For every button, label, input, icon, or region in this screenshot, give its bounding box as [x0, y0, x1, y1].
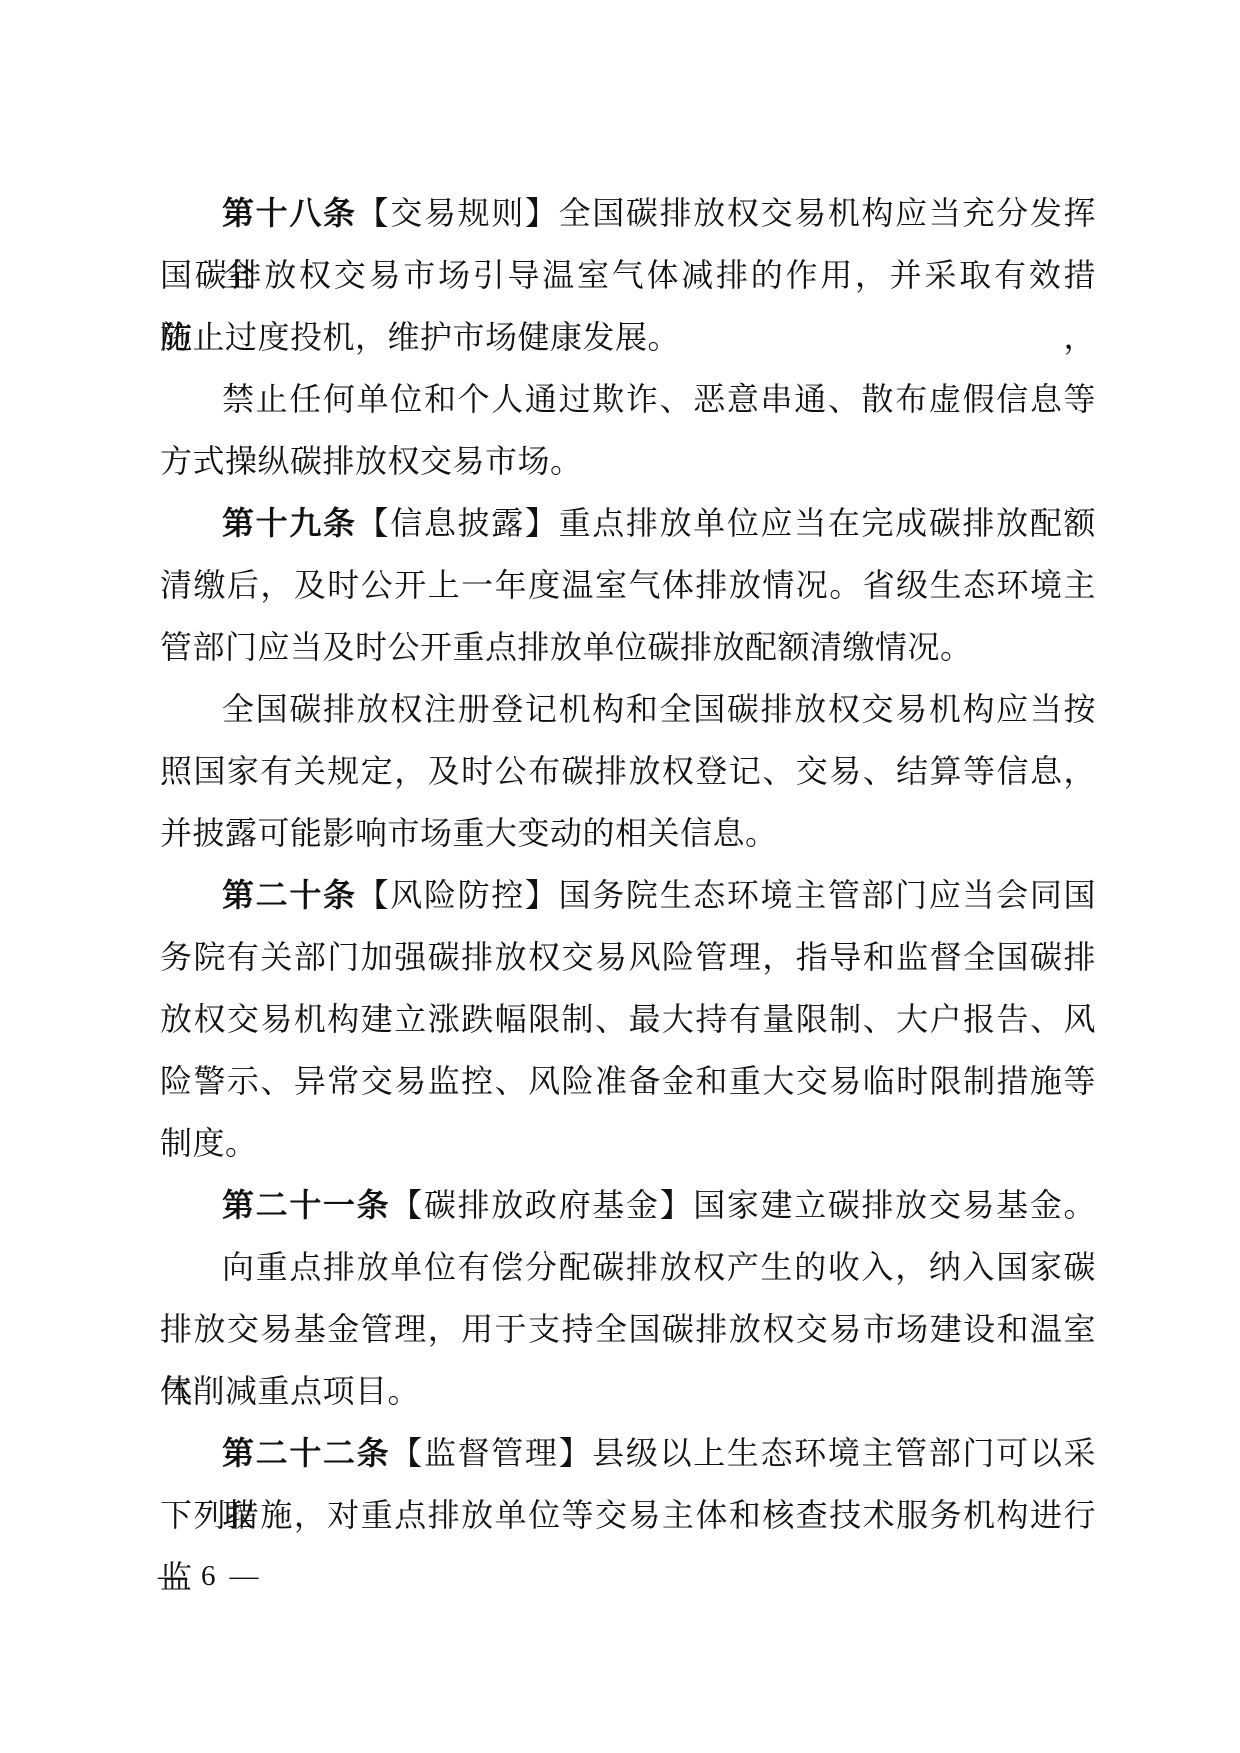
- text-run: 险警示、异常交易监控、风险准备金和重大交易临时限制措施等: [160, 1063, 1096, 1099]
- text-line: 方式操纵碳排放权交易市场。: [160, 430, 1096, 492]
- text-line: 清缴后，及时公开上一年度温室气体排放情况。省级生态环境主: [160, 554, 1096, 616]
- text-line: 禁止任何单位和个人通过欺诈、恶意串通、散布虚假信息等: [160, 368, 1096, 430]
- text-run: 制度。: [160, 1125, 258, 1161]
- text-run: 下列措施，对重点排放单位等交易主体和核查技术服务机构进行监: [160, 1497, 1096, 1595]
- text-run: 禁止任何单位和个人通过欺诈、恶意串通、散布虚假信息等: [222, 381, 1096, 417]
- text-line: 第二十二条【监督管理】县级以上生态环境主管部门可以采取: [160, 1422, 1096, 1484]
- text-line: 第二十一条【碳排放政府基金】国家建立碳排放交易基金。: [160, 1174, 1096, 1236]
- text-run: 放权交易机构建立涨跌幅限制、最大持有量限制、大户报告、风: [160, 1001, 1096, 1037]
- page-number: 6: [201, 1560, 216, 1593]
- text-run: 方式操纵碳排放权交易市场。: [160, 443, 583, 479]
- text-run: 清缴后，及时公开上一年度温室气体排放情况。省级生态环境主: [160, 567, 1096, 603]
- text-line: 第二十条【风险防控】国务院生态环境主管部门应当会同国: [160, 864, 1096, 926]
- text-line: 排放交易基金管理，用于支持全国碳排放权交易市场建设和温室气: [160, 1298, 1096, 1360]
- text-run: 【信息披露】重点排放单位应当在完成碳排放配额: [357, 505, 1096, 541]
- text-line: 照国家有关规定，及时公布碳排放权登记、交易、结算等信息，: [160, 740, 1096, 802]
- article-number: 第二十一条: [222, 1187, 390, 1223]
- text-line: 下列措施，对重点排放单位等交易主体和核查技术服务机构进行监: [160, 1484, 1096, 1546]
- text-run: 并披露可能影响市场重大变动的相关信息。: [160, 815, 778, 851]
- text-line: 并披露可能影响市场重大变动的相关信息。: [160, 802, 1096, 864]
- footer-dash-left: —: [158, 1560, 187, 1593]
- text-line: 险警示、异常交易监控、风险准备金和重大交易临时限制措施等: [160, 1050, 1096, 1112]
- article-number: 第二十条: [222, 877, 357, 913]
- article-number: 第十八条: [222, 195, 357, 231]
- text-run: 体削减重点项目。: [160, 1373, 420, 1409]
- article-number: 第二十二条: [222, 1435, 390, 1471]
- document-body: 第十八条【交易规则】全国碳排放权交易机构应当充分发挥全国碳排放权交易市场引导温室…: [160, 182, 1096, 1546]
- footer-dash-right: —: [230, 1560, 259, 1593]
- text-line: 管部门应当及时公开重点排放单位碳排放配额清缴情况。: [160, 616, 1096, 678]
- text-run: 全国碳排放权注册登记机构和全国碳排放权交易机构应当按: [222, 691, 1096, 727]
- text-run: 【风险防控】国务院生态环境主管部门应当会同国: [357, 877, 1096, 913]
- text-line: 第十八条【交易规则】全国碳排放权交易机构应当充分发挥全: [160, 182, 1096, 244]
- text-line: 制度。: [160, 1112, 1096, 1174]
- text-run: 务院有关部门加强碳排放权交易风险管理，指导和监督全国碳排: [160, 939, 1096, 975]
- article-number: 第十九条: [222, 505, 357, 541]
- text-line: 放权交易机构建立涨跌幅限制、最大持有量限制、大户报告、风: [160, 988, 1096, 1050]
- text-run: 照国家有关规定，及时公布碳排放权登记、交易、结算等信息，: [160, 753, 1096, 789]
- text-run: 向重点排放单位有偿分配碳排放权产生的收入，纳入国家碳: [222, 1249, 1096, 1285]
- text-line: 向重点排放单位有偿分配碳排放权产生的收入，纳入国家碳: [160, 1236, 1096, 1298]
- text-line: 体削减重点项目。: [160, 1360, 1096, 1422]
- text-run: 【碳排放政府基金】国家建立碳排放交易基金。: [390, 1187, 1096, 1223]
- page-footer: — 6 —: [158, 1556, 259, 1596]
- text-line: 第十九条【信息披露】重点排放单位应当在完成碳排放配额: [160, 492, 1096, 554]
- text-run: 防止过度投机，维护市场健康发展。: [160, 319, 680, 355]
- document-page: 第十八条【交易规则】全国碳排放权交易机构应当充分发挥全国碳排放权交易市场引导温室…: [0, 0, 1240, 1753]
- text-run: 管部门应当及时公开重点排放单位碳排放配额清缴情况。: [160, 629, 973, 665]
- text-line: 全国碳排放权注册登记机构和全国碳排放权交易机构应当按: [160, 678, 1096, 740]
- text-line: 务院有关部门加强碳排放权交易风险管理，指导和监督全国碳排: [160, 926, 1096, 988]
- text-line: 国碳排放权交易市场引导温室气体减排的作用，并采取有效措施，: [160, 244, 1096, 306]
